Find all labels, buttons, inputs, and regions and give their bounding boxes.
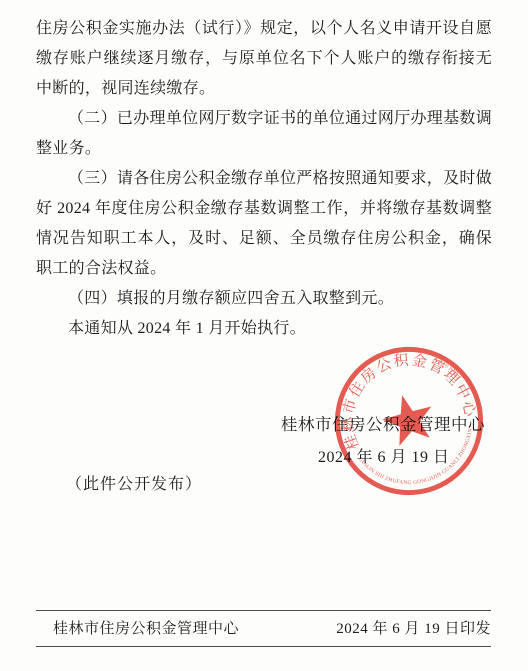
seal-serial-number: 1010172 bbox=[432, 353, 460, 383]
body-paragraph-5: 本通知从 2024 年 1 月开始执行。 bbox=[36, 314, 492, 344]
body-paragraph-3: （三）请各住房公积金缴存单位严格按照通知要求，及时做好 2024 年度住房公积金… bbox=[36, 164, 492, 284]
body-paragraph-4: （四）填报的月缴存额应四舍五入取整到元。 bbox=[36, 284, 492, 314]
seal-org-text: 桂林市住房公积金管理中心 bbox=[330, 342, 480, 452]
body-paragraph-2: （二）已办理单位网厅数字证书的单位通过网厅办理基数调整业务。 bbox=[36, 104, 492, 164]
footer-row: 桂林市住房公积金管理中心 2024 年 6 月 19 日印发 bbox=[36, 617, 491, 638]
signature-org: 桂林市住房公积金管理中心 bbox=[281, 411, 485, 435]
footer-issuer: 桂林市住房公积金管理中心 bbox=[53, 617, 239, 638]
body-paragraph-1: 住房公积金实施办法（试行）》规定，以个人名义申请开设自愿缴存账户继续逐月缴存，与… bbox=[36, 14, 492, 104]
document-page: 住房公积金实施办法（试行）》规定，以个人名义申请开设自愿缴存账户继续逐月缴存，与… bbox=[0, 0, 528, 671]
footer-rule-top bbox=[36, 610, 491, 611]
signature-date: 2024 年 6 月 19 日 bbox=[318, 444, 450, 467]
public-release-note: （此件公开发布） bbox=[66, 471, 202, 494]
document-body: 住房公积金实施办法（试行）》规定，以个人名义申请开设自愿缴存账户继续逐月缴存，与… bbox=[36, 14, 492, 344]
footer-print-date: 2024 年 6 月 19 日印发 bbox=[336, 617, 491, 638]
footer-rule-bottom bbox=[36, 646, 491, 647]
